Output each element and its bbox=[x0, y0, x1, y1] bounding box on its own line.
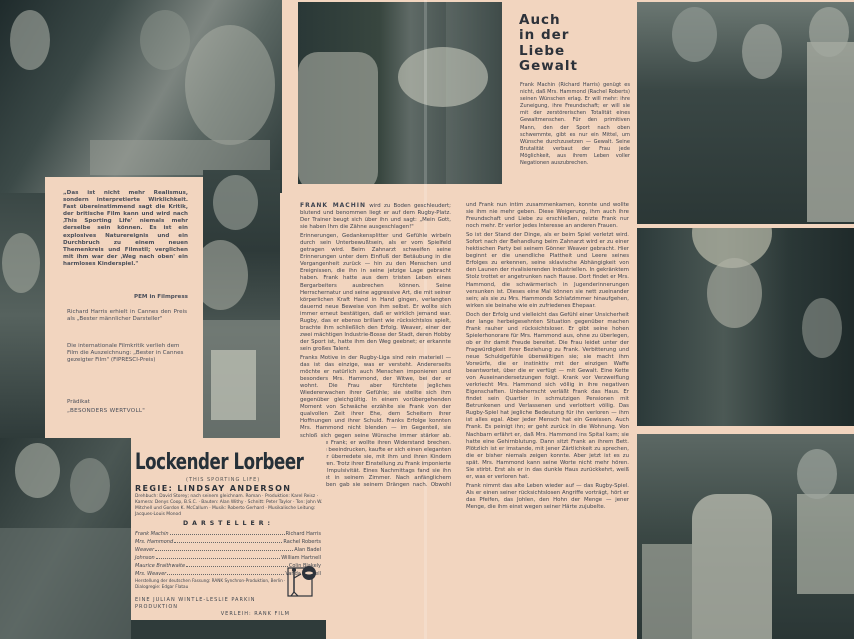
photo-kitchen-scene bbox=[0, 0, 282, 193]
photo-bottom-strip bbox=[131, 620, 326, 639]
photo-woman-portrait bbox=[637, 228, 854, 426]
article-column-2: und Frank nun intim zusammenkamen, konnt… bbox=[466, 202, 629, 622]
award-cannes-actor: Richard Harris erhielt in Cannes den Pre… bbox=[67, 309, 187, 323]
director-line: REGIE: LINDSAY ANDERSON bbox=[135, 484, 291, 493]
article-headline: Auch in der Liebe Gewalt bbox=[519, 13, 578, 74]
german-version-credit: Herstellung der deutschen Fassung: RANK … bbox=[135, 578, 290, 590]
cast-heading: DARSTELLER: bbox=[131, 520, 326, 527]
photo-man-coat bbox=[0, 438, 131, 639]
lead-name: FRANK MACHIN bbox=[300, 202, 366, 209]
predicate-label: Prädikat bbox=[67, 399, 90, 406]
rank-gongman-logo-icon bbox=[287, 564, 317, 598]
cast-row: WeaverAlan Badel bbox=[135, 546, 321, 554]
original-title: (THIS SPORTING LIFE) bbox=[186, 477, 260, 483]
cast-row: JohnsonWilliam Hartnell bbox=[135, 554, 321, 562]
production-credit: EINE JULIAN WINTLE-LESLIE PARKIN PRODUKT… bbox=[135, 597, 290, 618]
photo-side-woman bbox=[0, 193, 45, 438]
predicate-value: „BESONDERS WERTVOLL" bbox=[67, 408, 145, 415]
crew-credits: Drehbuch: David Storey; nach seinem glei… bbox=[135, 494, 323, 518]
quote-box: „Das ist nicht mehr Realismus, sondern i… bbox=[45, 177, 203, 435]
intro-paragraph: Frank Machin (Richard Harris) genügt es … bbox=[520, 82, 630, 167]
photo-player-bare bbox=[203, 170, 280, 438]
quote-source: PEM in Filmpress bbox=[63, 294, 188, 301]
photo-stadium-men bbox=[637, 2, 854, 224]
film-credits-box: Lockender Lorbeer (THIS SPORTING LIFE) R… bbox=[131, 440, 326, 620]
award-fipresci: Die internationale Filmkritik verlieh de… bbox=[67, 343, 187, 364]
photo-embrace bbox=[298, 2, 502, 184]
cast-row: Mrs. HammondRachel Roberts bbox=[135, 538, 321, 546]
cast-row: Frank MachinRichard Harris bbox=[135, 530, 321, 538]
film-title: Lockender Lorbeer bbox=[135, 450, 303, 475]
photo-party-crowd bbox=[637, 434, 854, 639]
critic-quote: „Das ist nicht mehr Realismus, sondern i… bbox=[63, 190, 188, 268]
